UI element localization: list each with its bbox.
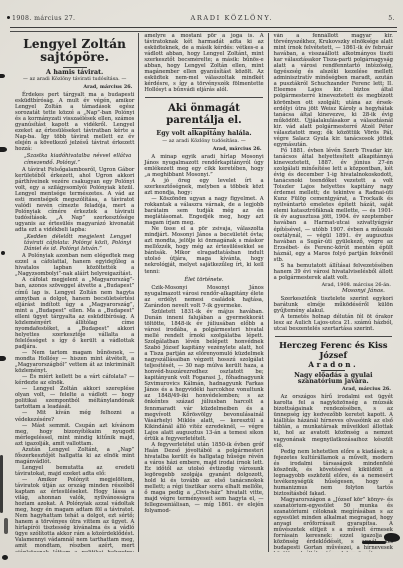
subhead: Nagy előadás a gyulai szanatórium javára… xyxy=(274,373,393,385)
header-rule xyxy=(10,27,397,32)
byline: — az aradi Közlöny tudósítása. — xyxy=(144,139,263,145)
rule xyxy=(145,97,262,98)
para: A Polónyiak azonban nem elégedtek meg ez… xyxy=(15,253,134,277)
masthead: ARADI KÖZLÖNY. xyxy=(190,14,273,22)
smallrule xyxy=(321,370,345,371)
running-head: 1908. március 27. ARADI KÖZLÖNY. 5. xyxy=(12,14,395,22)
page-number: 5. xyxy=(388,15,395,22)
issue-date: 1908. március 27. xyxy=(12,15,75,22)
para: A fegyverletétel után 1850-ik évben gróf… xyxy=(144,442,263,515)
headline: Lengyel Zoltán sajtópöre. xyxy=(15,38,134,65)
dialog: — Lengyel Zoltán akkori szereplése olyan… xyxy=(15,386,134,410)
cont: amelyre a mostani pör a joga is. A távir… xyxy=(144,33,263,93)
byline: — az aradi Közlöny távirati tudósítása. … xyxy=(15,77,134,83)
para: Szerkesztőnk tisztelete szerint egykori … xyxy=(274,296,393,314)
dialog: — Mást semmit. Csupán azt kívánom meg, h… xyxy=(15,423,134,447)
quote: „Kedden délelőtt megjelent Lengyel távir… xyxy=(24,234,131,252)
para: Fő 1881. évben lévén Szerb Tivadar kir. … xyxy=(274,148,393,263)
subhead: Egy volt alkapitány halála. xyxy=(144,131,263,137)
ink-smudge xyxy=(0,455,3,513)
column-container: Lengyel Zoltán sajtópöre.A hamis távirat… xyxy=(10,33,397,552)
dateline: Arad, március 26. xyxy=(15,84,132,90)
center: Élet története. xyxy=(144,277,263,283)
para: A távirat Felsőgalambosról, Ugron Gábor … xyxy=(15,167,134,234)
ink-smudge xyxy=(384,533,400,542)
para: Lengyel bemutatta az eredeti táviratokat… xyxy=(15,465,134,477)
ink-smudge xyxy=(0,356,6,361)
para: A cáfolat megjelent a „Magyarország”-ban… xyxy=(15,277,134,350)
dialog: — Nem tartom magam bűnösnek, — mondta Ho… xyxy=(15,350,134,374)
ink-smudge xyxy=(4,518,8,534)
ink-smudge xyxy=(2,555,8,560)
dateline: Arad, március 26. xyxy=(274,386,391,392)
quote: „Szastka kiadóhivatalba névvel ellátva c… xyxy=(24,153,131,165)
para: A temetés holnap délután fél öt órakor l… xyxy=(274,314,393,332)
ink-smudge xyxy=(362,541,386,544)
dialog: — Mit kíván még felhozni a védekezésére? xyxy=(15,410,134,422)
newspaper-page: 1908. március 27. ARADI KÖZLÖNY. 5. Leng… xyxy=(0,0,403,568)
headline3: Herczeg Ferenc és Kiss József xyxy=(274,341,393,361)
subhead: A hamis távirat. xyxy=(15,70,134,76)
headline2: Aki önmagát parentálja el. xyxy=(144,103,263,126)
ink-smudge xyxy=(0,147,7,152)
para: A jó öreg egy levelet írt a szerkesztősé… xyxy=(144,178,263,196)
ink-smudge xyxy=(7,16,10,19)
cont: ván a fennállott magyar kir. törvényszék… xyxy=(274,33,393,148)
column-2: amelyre a mostani pör a joga is. A távir… xyxy=(138,33,267,552)
ink-smudge xyxy=(1,251,5,255)
dialog: — És miért kellett be a várt cáfolata? —… xyxy=(15,374,134,386)
para: Azután Lengyel Zoltánt, a „Nap” főszerke… xyxy=(15,447,134,465)
smallrule xyxy=(63,67,87,68)
para: Pedig nem lehetetlen előre a kiadások; a… xyxy=(274,449,393,497)
para: Érdekes pert tárgyalt ma a budapesti esk… xyxy=(15,92,134,152)
signature: Mosonyi János. xyxy=(274,288,385,294)
para: Született 1831-ik év május havában. Duná… xyxy=(144,309,263,442)
para: A minap egyik aradi hírlap Mosonyi János… xyxy=(144,154,263,178)
para: Az országos hírű irodalmi est ügyét karo… xyxy=(274,394,393,448)
dialog: — Köszönöm ugyan a nagy figyelmet. A rok… xyxy=(144,196,263,226)
column-3: ván a fennállott magyar kir. törvényszék… xyxy=(268,33,397,552)
ink-smudge xyxy=(0,74,5,78)
dateline: Arad, március 26. xyxy=(144,146,261,152)
rule xyxy=(275,336,392,337)
column-1: Lengyel Zoltán sajtópöre.A hamis távirat… xyxy=(10,33,138,552)
headline3b: Aradon. xyxy=(274,362,393,368)
para: S ha bemutatott állításai felvezetésében… xyxy=(274,263,393,281)
para: Czik-Mosonyi Mosonyi János nyugalmazott … xyxy=(144,285,263,309)
para: Ne üsse el a pör zsivaja, válaszolta min… xyxy=(144,226,263,274)
dialog: — Amikor Polónyit megjelöltem, táviratok… xyxy=(15,477,134,552)
